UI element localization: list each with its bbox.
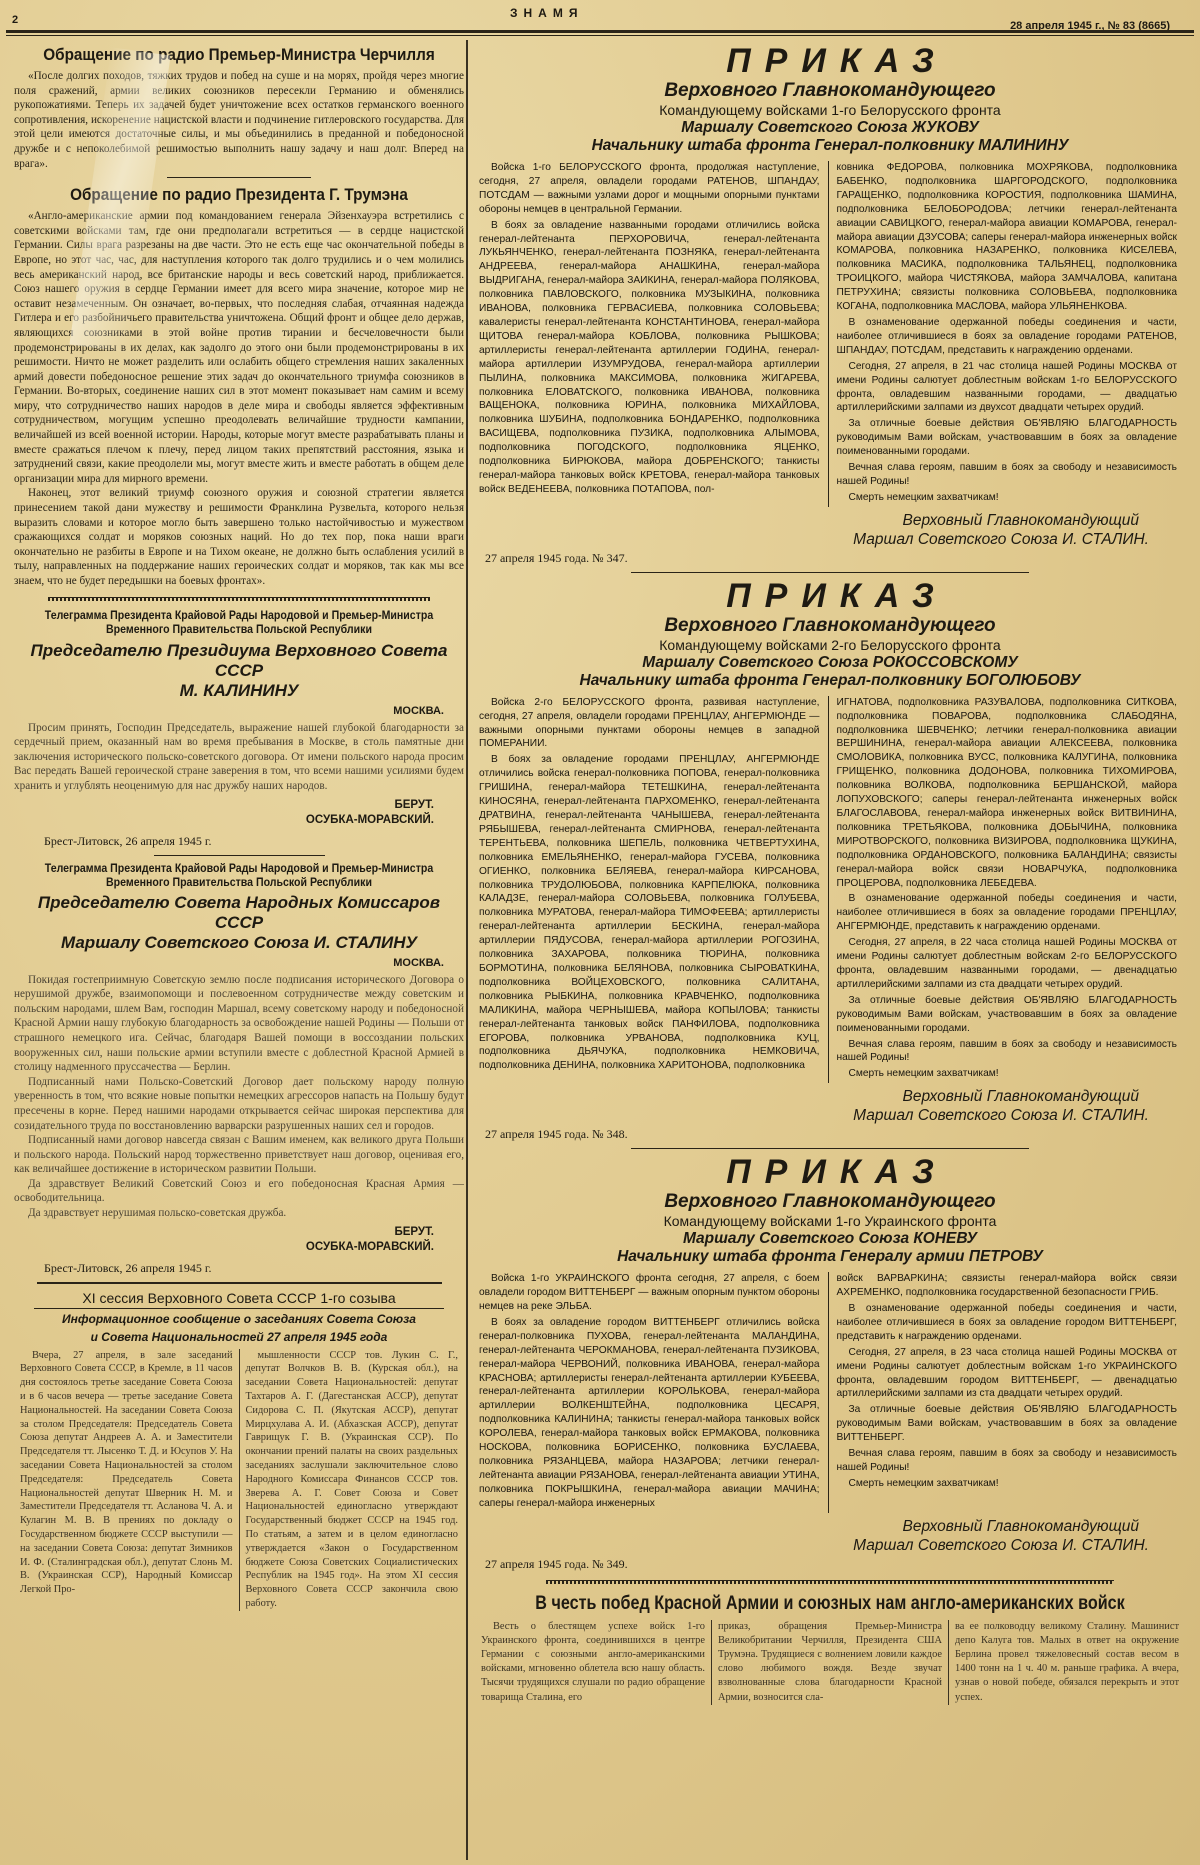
order-text: За отличные боевые действия ОБ'ЯВЛЯЮ БЛА… bbox=[837, 994, 1178, 1036]
order-text: войск ВАРВАРКИНА; связисты генерал-майор… bbox=[837, 1272, 1178, 1300]
honor-text: ва ее полководцу великому Сталину. Машин… bbox=[955, 1620, 1179, 1705]
right-column: ПРИКАЗ Верховного Главнокомандующего Ком… bbox=[475, 42, 1185, 1705]
order-date-number: 27 апреля 1945 года. № 347. bbox=[485, 551, 1185, 566]
masthead: 2 ЗНАМЯ 28 апреля 1945 г., № 83 (8665) bbox=[0, 0, 1200, 36]
order-text: Войска 2-го БЕЛОРУССКОГО фронта, развива… bbox=[479, 696, 820, 752]
session-text-1: Вчера, 27 апреля, в зале заседаний Верхо… bbox=[20, 1349, 233, 1597]
order-text: Смерть немецким захватчикам! bbox=[837, 491, 1178, 505]
order-col-2: войск ВАРВАРКИНА; связисты генерал-майор… bbox=[829, 1272, 1186, 1512]
order-text: В ознаменование одержанной победы соедин… bbox=[837, 892, 1178, 934]
left-column: Обращение по радио Премьер-Министра Черч… bbox=[14, 42, 464, 1611]
order-date-number: 27 апреля 1945 года. № 349. bbox=[485, 1557, 1185, 1572]
signature-berut: БЕРУТ. bbox=[14, 1225, 434, 1240]
signature-osubka: ОСУБКА-МОРАВСКИЙ. bbox=[14, 813, 434, 828]
order-recipient: Командующему войсками 2-го Белорусского … bbox=[475, 637, 1185, 654]
order-subtitle: Верховного Главнокомандующего bbox=[475, 615, 1185, 637]
honor-col-1: Весть о блестящем успехе войск 1-го Укра… bbox=[475, 1620, 712, 1705]
order-col-1: Войска 1-го БЕЛОРУССКОГО фронта, продолж… bbox=[475, 161, 829, 507]
order-text: Смерть немецким захватчикам! bbox=[837, 1477, 1178, 1491]
telegram-text-p2: Подписанный нами Польско-Советский Догов… bbox=[14, 1075, 464, 1133]
order-348: ПРИКАЗ Верховного Главнокомандующего Ком… bbox=[475, 577, 1185, 1142]
honor-article: В честь побед Красной Армии и союзных на… bbox=[475, 1592, 1185, 1705]
order-signature: Верховный Главнокомандующий Маршал Совет… bbox=[475, 1517, 1149, 1555]
session-columns: Вчера, 27 апреля, в зале заседаний Верхо… bbox=[14, 1349, 464, 1611]
order-col-1: Войска 1-го УКРАИНСКОГО фронта сегодня, … bbox=[475, 1272, 829, 1512]
honor-headline: В честь побед Красной Армии и союзных на… bbox=[528, 1592, 1132, 1616]
telegram-text-p4: Да здравствует Великий Советский Союз и … bbox=[14, 1177, 464, 1206]
session-col-1: Вчера, 27 апреля, в зале заседаний Верхо… bbox=[14, 1349, 240, 1611]
order-text: Вечная слава героям, павшим в боях за св… bbox=[837, 461, 1178, 489]
signature-osubka: ОСУБКА-МОРАВСКИЙ. bbox=[14, 1240, 434, 1255]
order-col-1: Войска 2-го БЕЛОРУССКОГО фронта, развива… bbox=[475, 696, 829, 1083]
order-marshal: Маршалу Советского Союза КОНЕВУ bbox=[475, 1230, 1185, 1248]
order-text: ковника ФЕДОРОВА, полковника МОХРЯКОВА, … bbox=[837, 161, 1178, 314]
telegram-title: Телеграмма Президента Крайовой Рады Наро… bbox=[32, 862, 446, 890]
order-chief-of-staff: Начальнику штаба фронта Генералу армии П… bbox=[475, 1248, 1185, 1266]
order-text: Войска 1-го БЕЛОРУССКОГО фронта, продолж… bbox=[479, 161, 820, 217]
telegram-city: МОСКВА. bbox=[14, 705, 444, 717]
order-col-2: ковника ФЕДОРОВА, полковника МОХРЯКОВА, … bbox=[829, 161, 1186, 507]
telegram-addressee: Председателю Президиума Верховного Совет… bbox=[14, 641, 464, 681]
signature-title: Верховный Главнокомандующий bbox=[475, 511, 1139, 530]
newspaper-name: ЗНАМЯ bbox=[510, 6, 583, 20]
separator-hatched bbox=[546, 1580, 1114, 1584]
order-title: ПРИКАЗ bbox=[475, 1153, 1185, 1191]
telegram-stalin: Телеграмма Президента Крайовой Рады Наро… bbox=[14, 862, 464, 1276]
honor-col-3: ва ее полководцу великому Сталину. Машин… bbox=[949, 1620, 1185, 1705]
order-text: В ознаменование одержанной победы соедин… bbox=[837, 316, 1178, 358]
order-body: Войска 2-го БЕЛОРУССКОГО фронта, развива… bbox=[475, 696, 1185, 1083]
order-text: Сегодня, 27 апреля, в 21 час столица наш… bbox=[837, 360, 1178, 416]
honor-columns: Весть о блестящем успехе войск 1-го Укра… bbox=[475, 1620, 1185, 1705]
telegram-kalinin: Телеграмма Президента Крайовой Рады Наро… bbox=[14, 609, 464, 849]
order-text: Сегодня, 27 апреля, в 22 часа столица на… bbox=[837, 936, 1178, 992]
order-recipient: Командующему войсками 1-го Украинского ф… bbox=[475, 1213, 1185, 1230]
telegram-text: Просим принять, Господин Председатель, в… bbox=[14, 721, 464, 794]
telegram-city: МОСКВА. bbox=[14, 957, 444, 969]
session-article: XI сессия Верховного Совета СССР 1-го со… bbox=[14, 1290, 464, 1611]
telegram-addressee: Председателю Совета Народных Комиссаров … bbox=[14, 893, 464, 933]
signature-title: Верховный Главнокомандующий bbox=[475, 1517, 1139, 1536]
order-body: Войска 1-го УКРАИНСКОГО фронта сегодня, … bbox=[475, 1272, 1185, 1512]
telegram-dateline: Брест-Литовск, 26 апреля 1945 г. bbox=[44, 1261, 464, 1276]
order-chief-of-staff: Начальнику штаба фронта Генерал-полковни… bbox=[475, 137, 1185, 155]
order-347: ПРИКАЗ Верховного Главнокомандующего Ком… bbox=[475, 42, 1185, 566]
order-chief-of-staff: Начальнику штаба фронта Генерал-полковни… bbox=[475, 672, 1185, 690]
truman-text-p2: Наконец, этот великий триумф союзного ор… bbox=[14, 486, 464, 588]
honor-text: приказ, обращения Премьер-Министра Велик… bbox=[718, 1620, 942, 1705]
telegram-addressee-name: М. КАЛИНИНУ bbox=[14, 681, 464, 701]
separator bbox=[631, 572, 1029, 573]
order-text: За отличные боевые действия ОБ'ЯВЛЯЮ БЛА… bbox=[837, 1403, 1178, 1445]
signature-name: Маршал Советского Союза И. СТАЛИН. bbox=[475, 1536, 1149, 1555]
order-title: ПРИКАЗ bbox=[475, 577, 1185, 615]
telegram-dateline: Брест-Литовск, 26 апреля 1945 г. bbox=[44, 834, 464, 849]
order-subtitle: Верховного Главнокомандующего bbox=[475, 1191, 1185, 1213]
truman-article: Обращение по радио Президента Г. Трумэна… bbox=[14, 184, 464, 588]
column-divider bbox=[466, 40, 468, 1860]
churchill-text: «После долгих походов, тяжких трудов и п… bbox=[14, 69, 464, 171]
honor-col-2: приказ, обращения Премьер-Министра Велик… bbox=[712, 1620, 949, 1705]
signature-name: Маршал Советского Союза И. СТАЛИН. bbox=[475, 530, 1149, 549]
order-subtitle: Верховного Главнокомандующего bbox=[475, 80, 1185, 102]
session-headline: XI сессия Верховного Совета СССР 1-го со… bbox=[34, 1290, 444, 1309]
order-text: Сегодня, 27 апреля, в 23 часа столица на… bbox=[837, 1346, 1178, 1402]
churchill-headline: Обращение по радио Премьер-Министра Черч… bbox=[37, 44, 442, 65]
order-text: ИГНАТОВА, подполковника РАЗУВАЛОВА, подп… bbox=[837, 696, 1178, 891]
order-text: В боях за овладение городом ВИТТЕНБЕРГ о… bbox=[479, 1316, 820, 1511]
order-text: Вечная слава героям, павшим в боях за св… bbox=[837, 1447, 1178, 1475]
order-body: Войска 1-го БЕЛОРУССКОГО фронта, продолж… bbox=[475, 161, 1185, 507]
order-text: В боях за овладение городами ПРЕНЦЛАУ, А… bbox=[479, 753, 820, 1073]
signature-name: Маршал Советского Союза И. СТАЛИН. bbox=[475, 1106, 1149, 1125]
separator bbox=[154, 855, 325, 856]
session-text-2: мышленности СССР тов. Лукин С. Г., депут… bbox=[246, 1349, 459, 1611]
session-subtitle-1: Информационное сообщение о заседаниях Со… bbox=[14, 1312, 464, 1327]
session-col-2: мышленности СССР тов. Лукин С. Г., депут… bbox=[240, 1349, 465, 1611]
order-col-2: ИГНАТОВА, подполковника РАЗУВАЛОВА, подп… bbox=[829, 696, 1186, 1083]
order-text: В ознаменование одержанной победы соедин… bbox=[837, 1302, 1178, 1344]
telegram-title: Телеграмма Президента Крайовой Рады Наро… bbox=[32, 609, 446, 637]
signature-berut: БЕРУТ. bbox=[14, 798, 434, 813]
separator bbox=[37, 1282, 442, 1284]
page-number: 2 bbox=[12, 14, 18, 26]
order-text: Войска 1-го УКРАИНСКОГО фронта сегодня, … bbox=[479, 1272, 820, 1314]
telegram-text-p5: Да здравствует нерушимая польско-советск… bbox=[14, 1206, 464, 1221]
telegram-addressee-name: Маршалу Советского Союза И. СТАЛИНУ bbox=[14, 933, 464, 953]
order-text: Вечная слава героям, павшим в боях за св… bbox=[837, 1038, 1178, 1066]
separator bbox=[631, 1148, 1029, 1149]
separator bbox=[167, 177, 311, 178]
order-recipient: Командующему войсками 1-го Белорусского … bbox=[475, 102, 1185, 119]
honor-text: Весть о блестящем успехе войск 1-го Укра… bbox=[481, 1620, 705, 1705]
truman-headline: Обращение по радио Президента Г. Трумэна bbox=[37, 184, 442, 205]
masthead-rule bbox=[6, 30, 1194, 36]
telegram-text-p3: Подписанный нами договор навсегда связан… bbox=[14, 1133, 464, 1177]
order-text: Смерть немецким захватчикам! bbox=[837, 1067, 1178, 1081]
order-marshal: Маршалу Советского Союза РОКОССОВСКОМУ bbox=[475, 654, 1185, 672]
order-349: ПРИКАЗ Верховного Главнокомандующего Ком… bbox=[475, 1153, 1185, 1571]
order-date-number: 27 апреля 1945 года. № 348. bbox=[485, 1127, 1185, 1142]
churchill-article: Обращение по радио Премьер-Министра Черч… bbox=[14, 44, 464, 171]
separator-hatched bbox=[48, 597, 431, 601]
order-title: ПРИКАЗ bbox=[475, 42, 1185, 80]
order-signature: Верховный Главнокомандующий Маршал Совет… bbox=[475, 511, 1149, 549]
session-subtitle-2: и Совета Национальностей 27 апреля 1945 … bbox=[14, 1330, 464, 1345]
order-marshal: Маршалу Советского Союза ЖУКОВУ bbox=[475, 119, 1185, 137]
order-signature: Верховный Главнокомандующий Маршал Совет… bbox=[475, 1087, 1149, 1125]
signature-title: Верховный Главнокомандующий bbox=[475, 1087, 1139, 1106]
telegram-text-p1: Покидая гостеприимную Советскую землю по… bbox=[14, 973, 464, 1075]
order-text: За отличные боевые действия ОБ'ЯВЛЯЮ БЛА… bbox=[837, 417, 1178, 459]
truman-text-p1: «Англо-американские армии под командован… bbox=[14, 209, 464, 486]
order-text: В боях за овладение названными городами … bbox=[479, 219, 820, 497]
